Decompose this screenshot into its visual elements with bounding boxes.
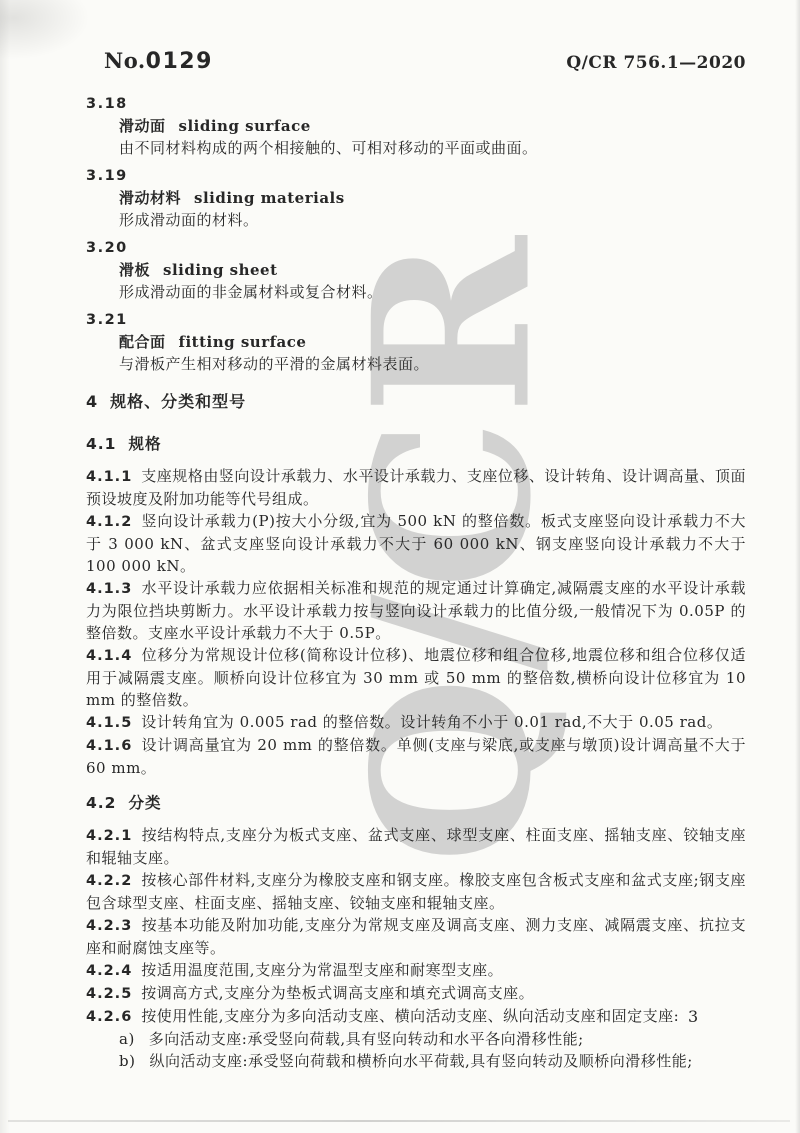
doc-no-prefix: No. (104, 48, 146, 73)
term-cn: 滑动材料 (119, 189, 181, 207)
standard-code: Q/CR 756.1—2020 (566, 53, 746, 73)
scanned-document-page: Q/CR No.0129 Q/CR 756.1—2020 3.18 滑动面sli… (0, 0, 800, 1133)
clause-text: 按使用性能,支座分为多向活动支座、横向活动支座、纵向活动支座和固定支座: (141, 1007, 679, 1025)
item-label: a) (119, 1030, 135, 1048)
clause: 4.2.5按调高方式,支座分为垫板式调高支座和填充式调高支座。 (86, 982, 746, 1005)
term-title: 配合面fitting surface (86, 331, 746, 353)
section-4-heading: 4规格、分类和型号 (86, 390, 746, 414)
term-en: sliding materials (194, 189, 345, 207)
page-header: No.0129 Q/CR 756.1—2020 (104, 48, 746, 74)
clause-text: 设计转角宜为 0.005 rad 的整倍数。设计转角不小于 0.01 rad,不… (141, 713, 722, 731)
clause-text: 按调高方式,支座分为垫板式调高支座和填充式调高支座。 (141, 984, 534, 1002)
term-cn: 滑板 (119, 261, 150, 279)
clause: 4.1.3水平设计承载力应依据相关标准和规范的规定通过计算确定,减隔震支座的水平… (86, 577, 746, 644)
clause-text: 设计调高量宜为 20 mm 的整倍数。单侧(支座与梁底,或支座与墩顶)设计调高量… (86, 736, 746, 777)
subsection-number: 4.1 (86, 435, 116, 453)
term-definition: 形成滑动面的材料。 (86, 209, 746, 231)
scan-edge-right (795, 0, 800, 1133)
item-label: b) (119, 1052, 135, 1070)
clause-text: 按核心部件材料,支座分为橡胶支座和钢支座。橡胶支座包含板式支座和盆式支座;钢支座… (86, 871, 746, 912)
doc-no-digits: 0129 (146, 49, 213, 74)
clause-number: 4.1.3 (86, 581, 132, 597)
section-title: 规格、分类和型号 (110, 392, 246, 411)
clause-number: 4.2.4 (86, 963, 132, 979)
clause-number: 4.1.6 (86, 738, 132, 754)
term-en: sliding surface (179, 117, 311, 135)
clause: 4.1.4位移分为常规设计位移(简称设计位移)、地震位移和组合位移,地震位移和组… (86, 644, 746, 711)
clause: 4.1.1支座规格由竖向设计承载力、水平设计承载力、支座位移、设计转角、设计调高… (86, 465, 746, 510)
scan-edge-left (0, 0, 10, 1133)
term-cn: 配合面 (119, 333, 166, 351)
clause-text: 按结构特点,支座分为板式支座、盆式支座、球型支座、柱面支座、摇轴支座、铰轴支座和… (86, 826, 746, 867)
clause-text: 按基本功能及附加功能,支座分为常规支座及调高支座、测力支座、减隔震支座、抗拉支座… (86, 916, 746, 957)
subsection-title: 分类 (128, 794, 161, 812)
clause-number: 4.1.2 (86, 514, 132, 530)
clause-number: 4.1.4 (86, 648, 132, 664)
document-body: 3.18 滑动面sliding surface 由不同材料构成的两个相接触的、可… (86, 93, 746, 1072)
term-title: 滑动材料sliding materials (86, 187, 746, 209)
clause: 4.2.2按核心部件材料,支座分为橡胶支座和钢支座。橡胶支座包含板式支座和盆式支… (86, 869, 746, 914)
term-title: 滑板sliding sheet (86, 259, 746, 281)
clause-number: 4.2.1 (86, 828, 132, 844)
term-cn: 滑动面 (119, 117, 166, 135)
term-number: 3.20 (86, 237, 746, 259)
section-4-1-heading: 4.1规格 (86, 432, 746, 456)
term-entry: 3.19 滑动材料sliding materials 形成滑动面的材料。 (86, 165, 746, 231)
term-number: 3.18 (86, 93, 746, 115)
clause-number: 4.2.3 (86, 918, 132, 934)
term-entry: 3.20 滑板sliding sheet 形成滑动面的非金属材料或复合材料。 (86, 237, 746, 303)
term-en: sliding sheet (163, 261, 278, 279)
clause: 4.2.1按结构特点,支座分为板式支座、盆式支座、球型支座、柱面支座、摇轴支座、… (86, 824, 746, 869)
clause-number: 4.1.1 (86, 469, 132, 485)
term-number: 3.21 (86, 309, 746, 331)
clauses-4-2: 4.2.1按结构特点,支座分为板式支座、盆式支座、球型支座、柱面支座、摇轴支座、… (86, 824, 746, 1072)
clauses-4-1: 4.1.1支座规格由竖向设计承载力、水平设计承载力、支座位移、设计转角、设计调高… (86, 465, 746, 779)
clause-list-item: b)纵向活动支座:承受竖向荷载和横桥向水平荷载,具有竖向转动及顺桥向滑移性能; (86, 1050, 746, 1072)
clause-text: 竖向设计承载力(P)按大小分级,宜为 500 kN 的整倍数。板式支座竖向设计承… (86, 512, 746, 575)
scan-bottom-line (8, 1120, 790, 1122)
clause-text: 水平设计承载力应依据相关标准和规范的规定通过计算确定,减隔震支座的水平设计承载力… (86, 579, 746, 642)
clause-number: 4.2.2 (86, 873, 132, 889)
page-number: 3 (688, 1007, 698, 1026)
term-definition: 与滑板产生相对移动的平滑的金属材料表面。 (86, 353, 746, 375)
subsection-number: 4.2 (86, 794, 116, 812)
section-4-2-heading: 4.2分类 (86, 791, 746, 815)
clause: 4.1.6设计调高量宜为 20 mm 的整倍数。单侧(支座与梁底,或支座与墩顶)… (86, 734, 746, 779)
term-entry: 3.21 配合面fitting surface 与滑板产生相对移动的平滑的金属材… (86, 309, 746, 375)
clause-number: 4.2.5 (86, 986, 132, 1002)
clause-text: 位移分为常规设计位移(简称设计位移)、地震位移和组合位移,地震位移和组合位移仅适… (86, 646, 746, 709)
term-number: 3.19 (86, 165, 746, 187)
clause: 4.1.2竖向设计承载力(P)按大小分级,宜为 500 kN 的整倍数。板式支座… (86, 510, 746, 577)
term-title: 滑动面sliding surface (86, 115, 746, 137)
clause-number: 4.2.6 (86, 1009, 132, 1025)
term-definition: 由不同材料构成的两个相接触的、可相对移动的平面或曲面。 (86, 137, 746, 159)
clause: 4.1.5设计转角宜为 0.005 rad 的整倍数。设计转角不小于 0.01 … (86, 711, 746, 734)
term-en: fitting surface (179, 333, 307, 351)
clause: 4.2.3按基本功能及附加功能,支座分为常规支座及调高支座、测力支座、减隔震支座… (86, 914, 746, 959)
subsection-title: 规格 (128, 435, 161, 453)
section-number: 4 (86, 392, 98, 411)
clause-text: 按适用温度范围,支座分为常温型支座和耐寒型支座。 (141, 961, 503, 979)
clause: 4.2.6按使用性能,支座分为多向活动支座、横向活动支座、纵向活动支座和固定支座… (86, 1005, 746, 1028)
item-text: 多向活动支座:承受竖向荷载,具有竖向转动和水平各向滑移性能; (149, 1030, 584, 1048)
term-definition: 形成滑动面的非金属材料或复合材料。 (86, 281, 746, 303)
clause-number: 4.1.5 (86, 715, 132, 731)
item-text: 纵向活动支座:承受竖向荷载和横桥向水平荷载,具有竖向转动及顺桥向滑移性能; (149, 1052, 692, 1070)
clause-list-item: a)多向活动支座:承受竖向荷载,具有竖向转动和水平各向滑移性能; (86, 1028, 746, 1050)
document-serial-number: No.0129 (104, 48, 213, 74)
scan-corner-smudge (0, 0, 90, 60)
term-entry: 3.18 滑动面sliding surface 由不同材料构成的两个相接触的、可… (86, 93, 746, 159)
clause: 4.2.4按适用温度范围,支座分为常温型支座和耐寒型支座。 (86, 959, 746, 982)
clause-text: 支座规格由竖向设计承载力、水平设计承载力、支座位移、设计转角、设计调高量、顶面预… (86, 467, 746, 508)
